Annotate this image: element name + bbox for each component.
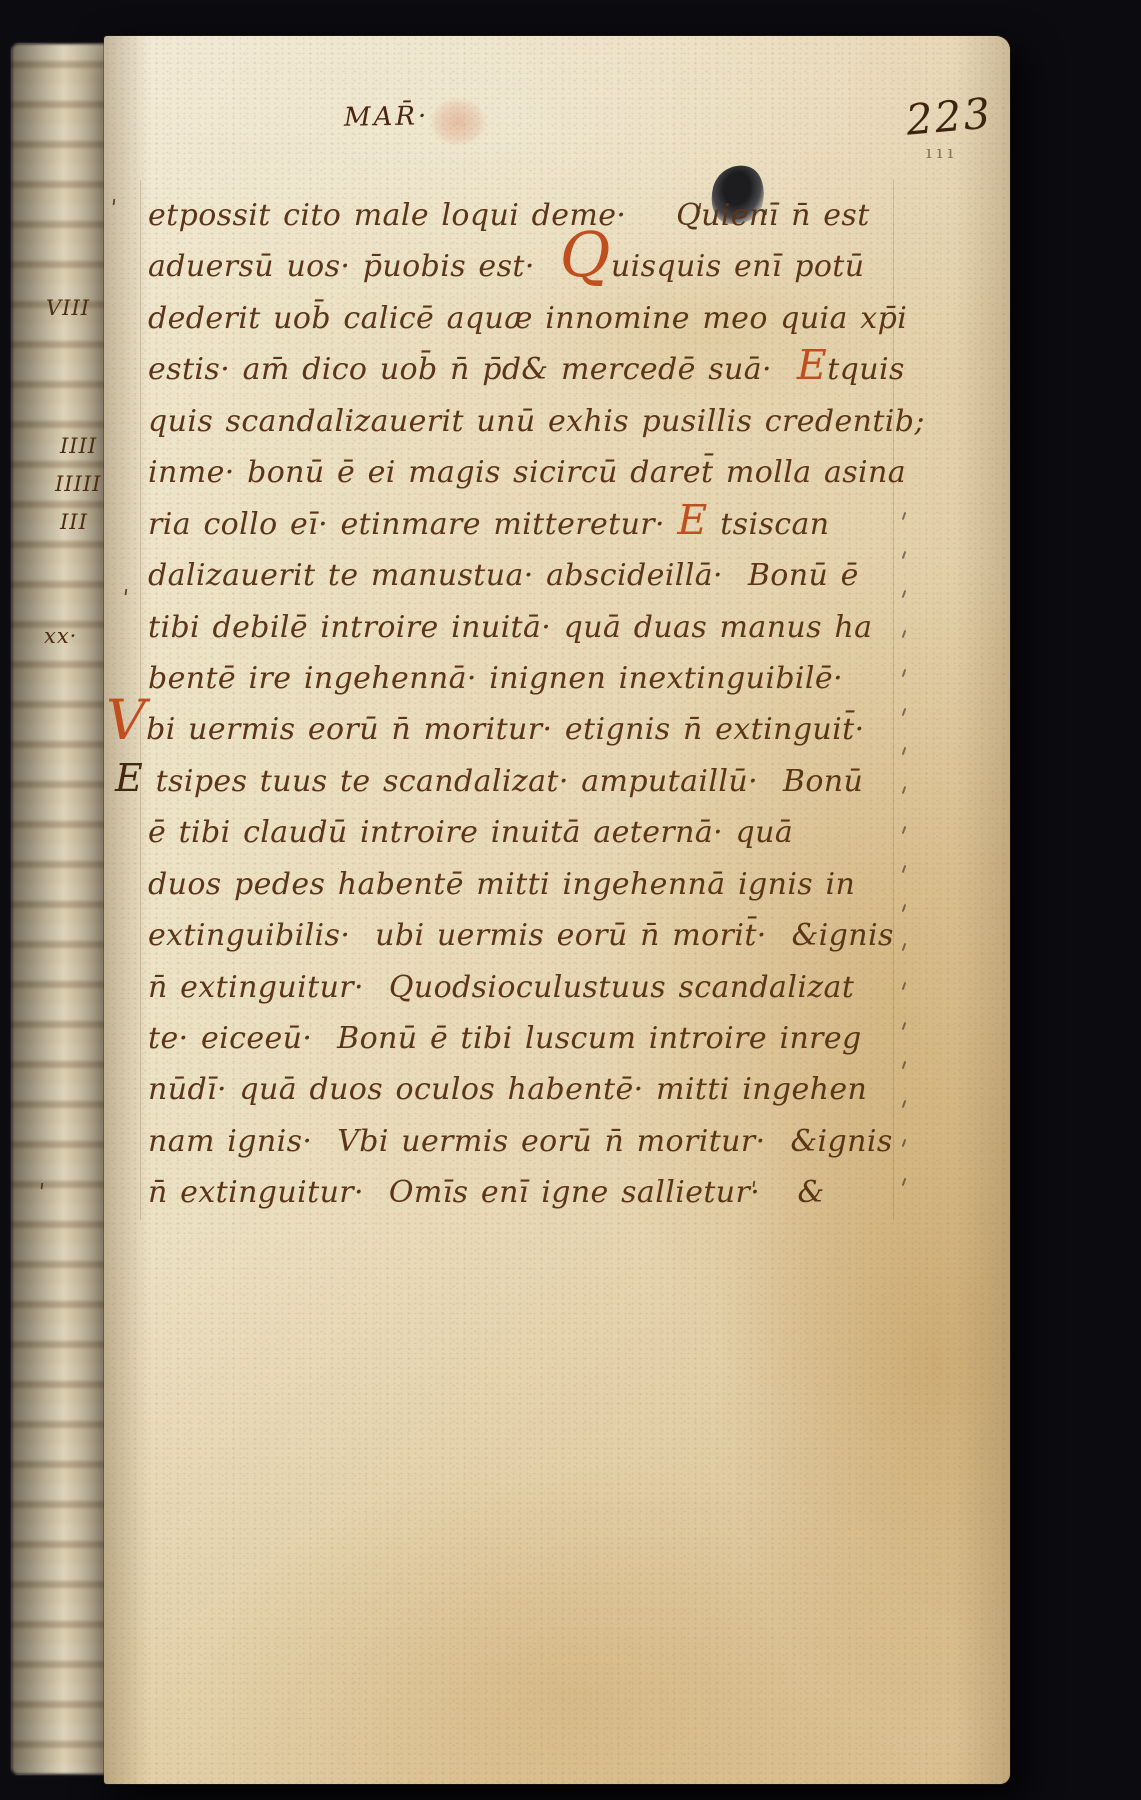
folio-number: 223 [904,88,994,144]
text-segment: ē tibi claudū introire inuitā aeternā· q… [148,815,793,850]
text-block: etpossit cito male loqui deme· Quienī n̄… [148,190,908,1219]
text-segment: dalizauerit te manustua· abscideillā· Bo… [148,558,859,593]
text-segment: duos pedes habentē mitti ingehennā ignis… [148,867,855,902]
text-line: n̄ extinguitur· Quodsioculustuus scandal… [148,962,908,1013]
text-line: n̄ extinguitur· Omīs enī igne sallietur·… [148,1167,908,1218]
text-line: bentē ire ingehennā· inignen inextinguib… [148,653,908,704]
text-segment: tibi debilē introire inuitā· quā duas ma… [148,610,872,645]
text-line: te· eiceeū· Bonū ē tibi luscum introire … [148,1013,908,1064]
text-segment: te· eiceeū· Bonū ē tibi luscum introire … [148,1021,862,1056]
text-segment: ria collo eī· etinmare mitteretur· [148,507,677,542]
margin-chapter-numeral: III [60,510,88,534]
red-ink-offset-stain [432,100,484,144]
text-line: estis· am̄ dico uob̄ n̄ p̄d& mercedē suā… [148,344,908,395]
text-segment: Quienī n̄ est [626,198,869,233]
text-segment: bi uermis eorū n̄ moritur· etignis n̄ ex… [146,712,864,747]
text-segment: nūdī· quā duos oculos habentē· mitti ing… [148,1072,867,1107]
text-segment: n̄ extinguitur· Omīs enī igne sallietur·… [148,1175,825,1210]
text-line: aduersū uos· p̄uobis est· Quisquis enī p… [148,241,908,292]
text-line: extinguibilis· ubi uermis eorū n̄ morit̄… [148,910,908,961]
text-line: inme· bonū ē ei magis sicircū daret̄ mol… [148,447,908,498]
text-line: E tsipes tuus te scandalizat· amputaillū… [148,756,908,807]
text-segment: uisquis enī potū [611,249,865,284]
text-segment: inme· bonū ē ei magis sicircū daret̄ mol… [148,455,906,490]
text-line: nam ignis· Vbi uermis eorū n̄ moritur· &… [148,1116,908,1167]
running-title: MAR̄· [344,101,430,132]
text-line: quis scandalizauerit unū exhis pusillis … [148,396,908,447]
text-line: dalizauerit te manustua· abscideillā· Bo… [148,550,908,601]
text-segment: estis· am̄ dico uob̄ n̄ p̄d& mercedē suā… [148,352,797,387]
initial-letter: Q [560,218,611,291]
text-segment: dederit uob̄ calicē aquæ innomine meo qu… [148,301,907,336]
initial-letter: E [115,756,143,800]
text-line: ē tibi claudū introire inuitā aeternā· q… [148,807,908,858]
text-line: etpossit cito male loqui deme· Quienī n̄… [148,190,908,241]
text-segment: n̄ extinguitur· Quodsioculustuus scandal… [148,970,854,1005]
margin-chapter-numeral: IIIII [55,472,101,496]
text-line: nūdī· quā duos oculos habentē· mitti ing… [148,1064,908,1115]
text-line: dederit uob̄ calicē aquæ innomine meo qu… [148,293,908,344]
text-segment: bentē ire ingehennā· inignen inextinguib… [148,661,843,696]
text-segment: tsipes tuus te scandalizat· amputaillū· … [143,764,863,799]
text-segment: aduersū uos· p̄uobis est· [148,249,560,284]
manuscript-photo: MAR̄· 223 ııı etpossit cito male loqui d… [0,0,1141,1800]
text-line: duos pedes habentē mitti ingehennā ignis… [148,859,908,910]
initial-letter: E [677,496,707,544]
margin-chapter-numeral: xx· [44,624,77,648]
text-segment: extinguibilis· ubi uermis eorū n̄ morit̄… [148,918,894,953]
initial-letter: V [106,688,146,752]
initial-letter: E [797,341,827,389]
text-segment: etpossit cito male loqui deme· [148,198,626,233]
text-line: ria collo eī· etinmare mitteretur· E tsi… [148,499,908,550]
text-segment: tquis [827,352,905,387]
text-line: tibi debilē introire inuitā· quā duas ma… [148,602,908,653]
folio-note: ııı [926,142,958,163]
text-segment: tsiscan [708,507,830,542]
margin-chapter-numeral: VIII [46,296,90,320]
text-segment: nam ignis· Vbi uermis eorū n̄ moritur· &… [148,1124,893,1159]
margin-chapter-numeral: IIII [60,434,97,458]
text-line: Vbi uermis eorū n̄ moritur· etignis n̄ e… [148,704,908,755]
text-segment: quis scandalizauerit unū exhis pusillis … [148,404,925,439]
